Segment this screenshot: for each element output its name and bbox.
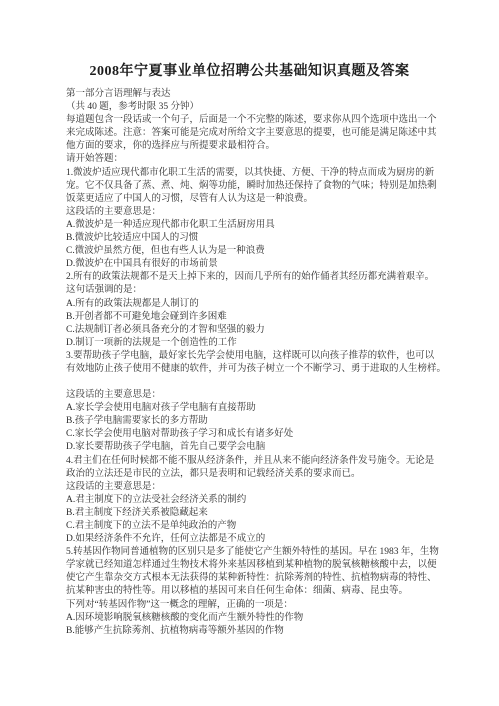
doc-line: 使它产生靠杂交方式根本无法获得的某种新特性：抗除莠剂的特性、抗植物病毒的特性、	[66, 572, 441, 585]
doc-line: 他方面的要求，你的选择应与所提要求最相符合。	[66, 140, 441, 153]
doc-line: 宠。它不仅具备了蒸、煮、炖、焖等功能，瞬时加热还保持了食物的气味；特别是加热剩	[66, 180, 441, 193]
doc-line: 这段话的主要意思是：	[66, 389, 441, 402]
doc-line: 每道题包含一段话或一个句子，后面是一个不完整的陈述，要求你从四个选项中选出一个	[66, 114, 441, 127]
doc-line: 2.所有的政策法规都不是天上掉下来的，因而几乎所有的始作俑者其经历都充满着艰辛。	[66, 271, 441, 284]
doc-line: 政治的立法还是市民的立法，都只是表明和记载经济关系的要求而已。	[66, 468, 441, 481]
doc-line: （共 40 题，参考时限 35 分钟）	[66, 101, 441, 114]
doc-line: 第一部分言语理解与表达	[66, 88, 441, 101]
doc-line: 1.微波炉适应现代都市化职工生活的需要，以其快捷、方便、干净的特点而成为厨房的新	[66, 167, 441, 180]
doc-line: B.微波炉比较适应中国人的习惯	[66, 232, 441, 245]
doc-line: A.家长学会使用电脑对孩子学电脑有直接帮助	[66, 402, 441, 415]
doc-line: 请开始答题：	[66, 153, 441, 166]
doc-line: 4.君主们在任何时候都不能不服从经济条件，并且从来不能向经济条件发号施令。无论是	[66, 455, 441, 468]
doc-line: D.如果经济条件不允许，任何立法都是不成立的	[66, 533, 441, 546]
doc-line: B.君主制度下经济关系被隐藏起来	[66, 507, 441, 520]
doc-line: D.制订一项新的法规是一个创造性的工作	[66, 337, 441, 350]
doc-line: 这段话的主要意思是：	[66, 206, 441, 219]
doc-line: D.微波炉在中国具有很好的市场前景	[66, 258, 441, 271]
doc-line: A.所有的政策法规都是人制订的	[66, 298, 441, 311]
doc-line: B.开创者都不可避免地会碰到许多困难	[66, 311, 441, 324]
document-body: 第一部分言语理解与表达 （共 40 题，参考时限 35 分钟） 每道题包含一段话…	[0, 88, 499, 638]
doc-line: A.微波炉是一种适应现代都市化职工生活厨房用具	[66, 219, 441, 232]
doc-line: C.法规制订者必须具备充分的才智和坚强的毅力	[66, 324, 441, 337]
doc-line: B.能够产生抗除莠剂、抗植物病毒等额外基因的作物	[66, 625, 441, 638]
doc-line: 5.转基因作物同普通植物的区别只是多了能使它产生额外特性的基因。早在 1983 …	[66, 546, 441, 559]
doc-line	[66, 376, 441, 389]
doc-line: C.家长学会使用电脑对帮助孩子学习和成长有诸多好处	[66, 428, 441, 441]
doc-line: 来完成陈述。注意：答案可能是完成对所给文字主要意思的提要，也可能是满足陈述中其	[66, 127, 441, 140]
doc-line: C.君主制度下的立法不是单纯政治的产物	[66, 520, 441, 533]
doc-line: 抗某种害虫的特性等。用以移植的基因可来自任何生命体：细菌、病毒、昆虫等。	[66, 585, 441, 598]
doc-line: 这段话的主要意思是：	[66, 481, 441, 494]
document-title: 2008年宁夏事业单位招聘公共基础知识真题及答案	[0, 0, 499, 81]
doc-line: 有效地防止孩子使用不健康的软件，并可为孩子树立一个不断学习、勇于进取的人生榜样。	[66, 363, 441, 376]
doc-line: 下列对“转基因作物”这一概念的理解，正确的一项是：	[66, 599, 441, 612]
doc-line: 这句话强调的是：	[66, 284, 441, 297]
doc-line: D.家长要帮助孩子学电脑，首先自己要学会电脑	[66, 441, 441, 454]
doc-line: 饭菜更适应了中国人的习惯，尽管有人认为这是一种浪费。	[66, 193, 441, 206]
document-page: 2008年宁夏事业单位招聘公共基础知识真题及答案 第一部分言语理解与表达 （共 …	[0, 0, 499, 706]
doc-line: 3.要帮助孩子学电脑，最好家长先学会使用电脑，这样既可以向孩子推荐的软件，也可以	[66, 350, 441, 363]
doc-line: B.孩子学电脑需要家长的多方帮助	[66, 415, 441, 428]
doc-line: C.微波炉虽然方便，但也有些人认为是一种浪费	[66, 245, 441, 258]
doc-line: A.君主制度下的立法受社会经济关系的制约	[66, 494, 441, 507]
doc-line: 学家就已经知道怎样通过生物技术将外来基因移植到某种植物的脱氧核糖核酸中去，以便	[66, 559, 441, 572]
doc-line: A.因环境影响脱氧核糖核酸的变化而产生额外特性的作物	[66, 612, 441, 625]
